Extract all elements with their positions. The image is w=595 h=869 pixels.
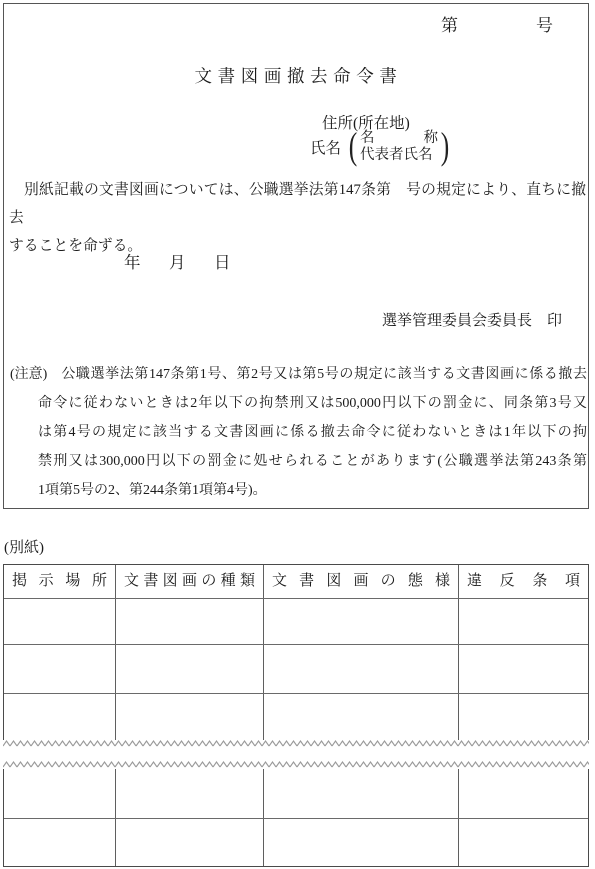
caution-line: 1項第5号の2、第244条第1項第4号)。 (38, 476, 587, 505)
header-violation-clause: 違反条項 (459, 565, 588, 598)
empty-cell (116, 599, 264, 644)
table-row (4, 645, 588, 694)
empty-cell (116, 769, 264, 818)
table-row (4, 599, 588, 645)
number-suffix: 号 (536, 11, 553, 36)
signer-seal-line: 選挙管理委員会委員長 印 (382, 309, 562, 330)
empty-cell (459, 694, 588, 740)
caution-line: 命令に従わないときは2年以下の拘禁刑又は500,000円以下の罰金に、同条第3号… (38, 389, 587, 418)
empty-cell (264, 599, 459, 644)
table-row (4, 819, 588, 866)
header-document-state: 文書図画の態様 (264, 565, 459, 598)
right-bracket: ) (441, 128, 450, 166)
caution-line: (注意) 公職選挙法第147条第1号、第2号又は第5号の規定に該当する文書図画に… (10, 360, 587, 389)
caution-line: 禁刑又は300,000円以下の罰金に処せられることがあります(公職選挙法第243… (38, 447, 587, 476)
document-number-line: 第 号 (441, 11, 553, 36)
empty-cell (4, 769, 116, 818)
empty-cell (116, 694, 264, 740)
table-header-row: 掲示場所 文書図画の種類 文書図画の態様 違反条項 (4, 565, 588, 599)
order-body-line: 別紙記載の文書図画については、公職選挙法第147条第 号の規定により、直ちに撤去 (9, 176, 586, 232)
table-row (4, 694, 588, 740)
org-name-option: 名 称 (360, 130, 438, 147)
name-label: 氏名 (310, 136, 341, 158)
empty-cell (459, 819, 588, 866)
name-row: 氏名 ( 名 称 代表者氏名 ) (310, 130, 450, 164)
order-body-paragraph: 別紙記載の文書図画については、公職選挙法第147条第 号の規定により、直ちに撤去… (9, 176, 586, 260)
document-page: 第 号 文書図画撤去命令書 住所(所在地) 氏名 ( 名 称 代表者氏名 ) 別… (0, 0, 595, 869)
header-document-type: 文書図画の種類 (116, 565, 264, 598)
caution-note: (注意) 公職選挙法第147条第1号、第2号又は第5号の規定に該当する文書図画に… (10, 360, 587, 505)
empty-cell (264, 819, 459, 866)
caution-label: (注意) (10, 360, 47, 389)
empty-cell (459, 599, 588, 644)
name-options: 名 称 代表者氏名 (360, 130, 438, 164)
order-body-line: することを命ずる。 (9, 232, 586, 260)
left-bracket: ( (349, 128, 358, 166)
torn-edge-upper (3, 739, 589, 748)
empty-cell (459, 769, 588, 818)
attachment-label: (別紙) (4, 536, 44, 557)
table-row (4, 769, 588, 819)
representative-name-option: 代表者氏名 (360, 147, 438, 164)
empty-cell (4, 694, 116, 740)
number-prefix: 第 (441, 11, 458, 36)
empty-cell (459, 645, 588, 693)
date-line: 年 月 日 (124, 253, 237, 273)
caution-text: 公職選挙法第147条第1号、第2号又は第5号の規定に該当する文書図画に係る撤去 (61, 360, 587, 389)
org-name-left: 名 (360, 130, 375, 147)
empty-cell (4, 819, 116, 866)
attachment-table-lower (3, 769, 589, 867)
torn-edge-lower (3, 760, 589, 769)
empty-cell (264, 645, 459, 693)
empty-cell (264, 694, 459, 740)
empty-cell (4, 645, 116, 693)
empty-cell (116, 645, 264, 693)
caution-line: は第4号の規定に該当する文書図画に係る撤去命令に従わないときは1年以下の拘 (38, 418, 587, 447)
order-form-box: 第 号 文書図画撤去命令書 住所(所在地) 氏名 ( 名 称 代表者氏名 ) 別… (3, 3, 589, 509)
number-blank-field (458, 23, 536, 24)
empty-cell (4, 599, 116, 644)
attachment-table-upper: 掲示場所 文書図画の種類 文書図画の態様 違反条項 (3, 564, 589, 740)
empty-cell (116, 819, 264, 866)
empty-cell (264, 769, 459, 818)
document-title: 文書図画撤去命令書 (4, 66, 588, 86)
org-name-right: 称 (424, 130, 439, 147)
header-posting-place: 掲示場所 (4, 565, 116, 598)
